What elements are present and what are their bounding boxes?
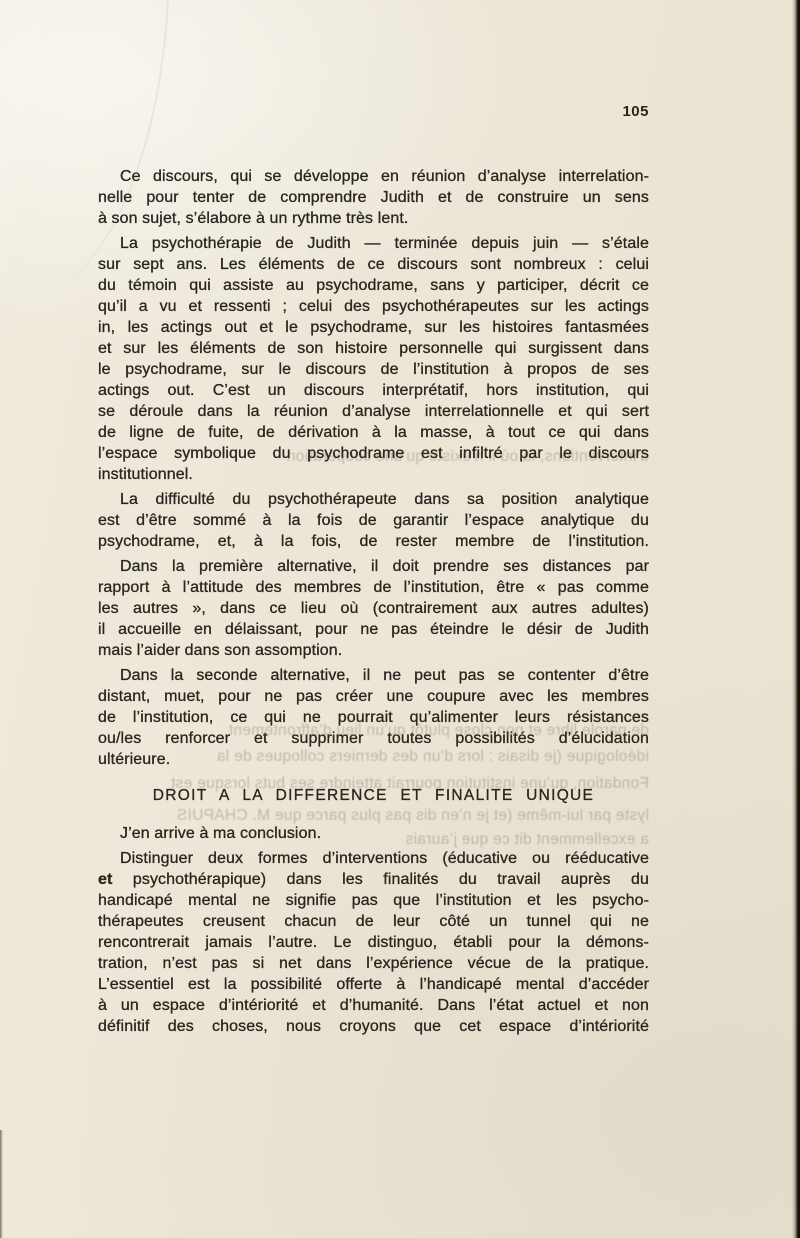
text-line: ou/les renforcer et supprimer toutes pos…	[98, 728, 649, 749]
scan-edge-right	[792, 0, 800, 1238]
text-line: à son sujet, s’élabore à un rythme très …	[98, 208, 649, 229]
text-line: Distinguer deux formes d’interventions (…	[98, 848, 649, 869]
text-line: actings out. C’est un discours interprét…	[98, 380, 649, 401]
text-line: institutionnel.	[98, 464, 649, 485]
paragraph: Distinguer deux formes d’interventions (…	[98, 848, 649, 1037]
text-line: J’en arrive à ma conclusion.	[98, 823, 649, 844]
text-line: définitif des choses, nous croyons que c…	[98, 1016, 649, 1037]
text-line: tration, n’est pas si net dans l’expérie…	[98, 953, 649, 974]
scanned-book-page: d’interventions, là où il n’existe qu’un…	[0, 0, 800, 1238]
text-line: ultérieure.	[98, 749, 649, 770]
text-line: thérapeutes creusent chacun de leur côté…	[98, 911, 649, 932]
text-line: se déroule dans la réunion d’analyse int…	[98, 401, 649, 422]
text-line: nelle pour tenter de comprendre Judith e…	[98, 187, 649, 208]
text-line: Dans la seconde alternative, il ne peut …	[98, 665, 649, 686]
paragraph: Dans la première alternative, il doit pr…	[98, 556, 649, 661]
paragraph: La psychothérapie de Judith — terminée d…	[98, 233, 649, 485]
paragraph: Dans la seconde alternative, il ne peut …	[98, 665, 649, 770]
text-line: qu’il a vu et ressenti ; celui des psych…	[98, 296, 649, 317]
text-line: mais l’aider dans son assomption.	[98, 640, 649, 661]
text-line: in, les actings out et le psychodrame, s…	[98, 317, 649, 338]
text-line: L’essentiel est la possibilité offerte à…	[98, 974, 649, 995]
page-number: 105	[622, 103, 649, 120]
text-line: le psychodrame, sur le discours de l’ins…	[98, 359, 649, 380]
text-line: à un espace d’intériorité et d’humanité.…	[98, 995, 649, 1016]
text-line: et psychothérapique) dans les finalités …	[98, 869, 649, 890]
text-line: de ligne de fuite, de dérivation à la ma…	[98, 422, 649, 443]
text-line: de l’institution, ce qui ne pourrait qu’…	[98, 707, 649, 728]
paragraph: J’en arrive à ma conclusion.	[98, 823, 649, 844]
text-line: sur sept ans. Les éléments de ce discour…	[98, 254, 649, 275]
section-heading: DROIT A LA DIFFERENCE ET FINALITE UNIQUE	[98, 785, 649, 806]
text-line: rencontrerait jamais l’autre. Le disting…	[98, 932, 649, 953]
text-line: La difficulté du psychothérapeute dans s…	[98, 489, 649, 510]
text-line: et sur les éléments de son histoire pers…	[98, 338, 649, 359]
text-line: psychodrame, et, à la fois, de rester me…	[98, 531, 649, 552]
text-line: les autres », dans ce lieu où (contraire…	[98, 598, 649, 619]
text-line: l’espace symbolique du psychodrame est i…	[98, 443, 649, 464]
text-line: Dans la première alternative, il doit pr…	[98, 556, 649, 577]
text-line: Ce discours, qui se développe en réunion…	[98, 166, 649, 187]
text-line: distant, muet, pour ne pas créer une cou…	[98, 686, 649, 707]
text-line: il accueille en délaissant, pour ne pas …	[98, 619, 649, 640]
paragraph: La difficulté du psychothérapeute dans s…	[98, 489, 649, 552]
text-line: du témoin qui assiste au psychodrame, sa…	[98, 275, 649, 296]
text-line: rapport à l’attitude des membres de l’in…	[98, 577, 649, 598]
text-line: handicapé mental ne signifie pas que l’i…	[98, 890, 649, 911]
text-line: La psychothérapie de Judith — terminée d…	[98, 233, 649, 254]
scan-edge-left	[0, 1130, 3, 1238]
text-line: est d’être sommé à la fois de garantir l…	[98, 510, 649, 531]
paragraph: Ce discours, qui se développe en réunion…	[98, 166, 649, 229]
text-column: Ce discours, qui se développe en réunion…	[98, 166, 649, 1041]
